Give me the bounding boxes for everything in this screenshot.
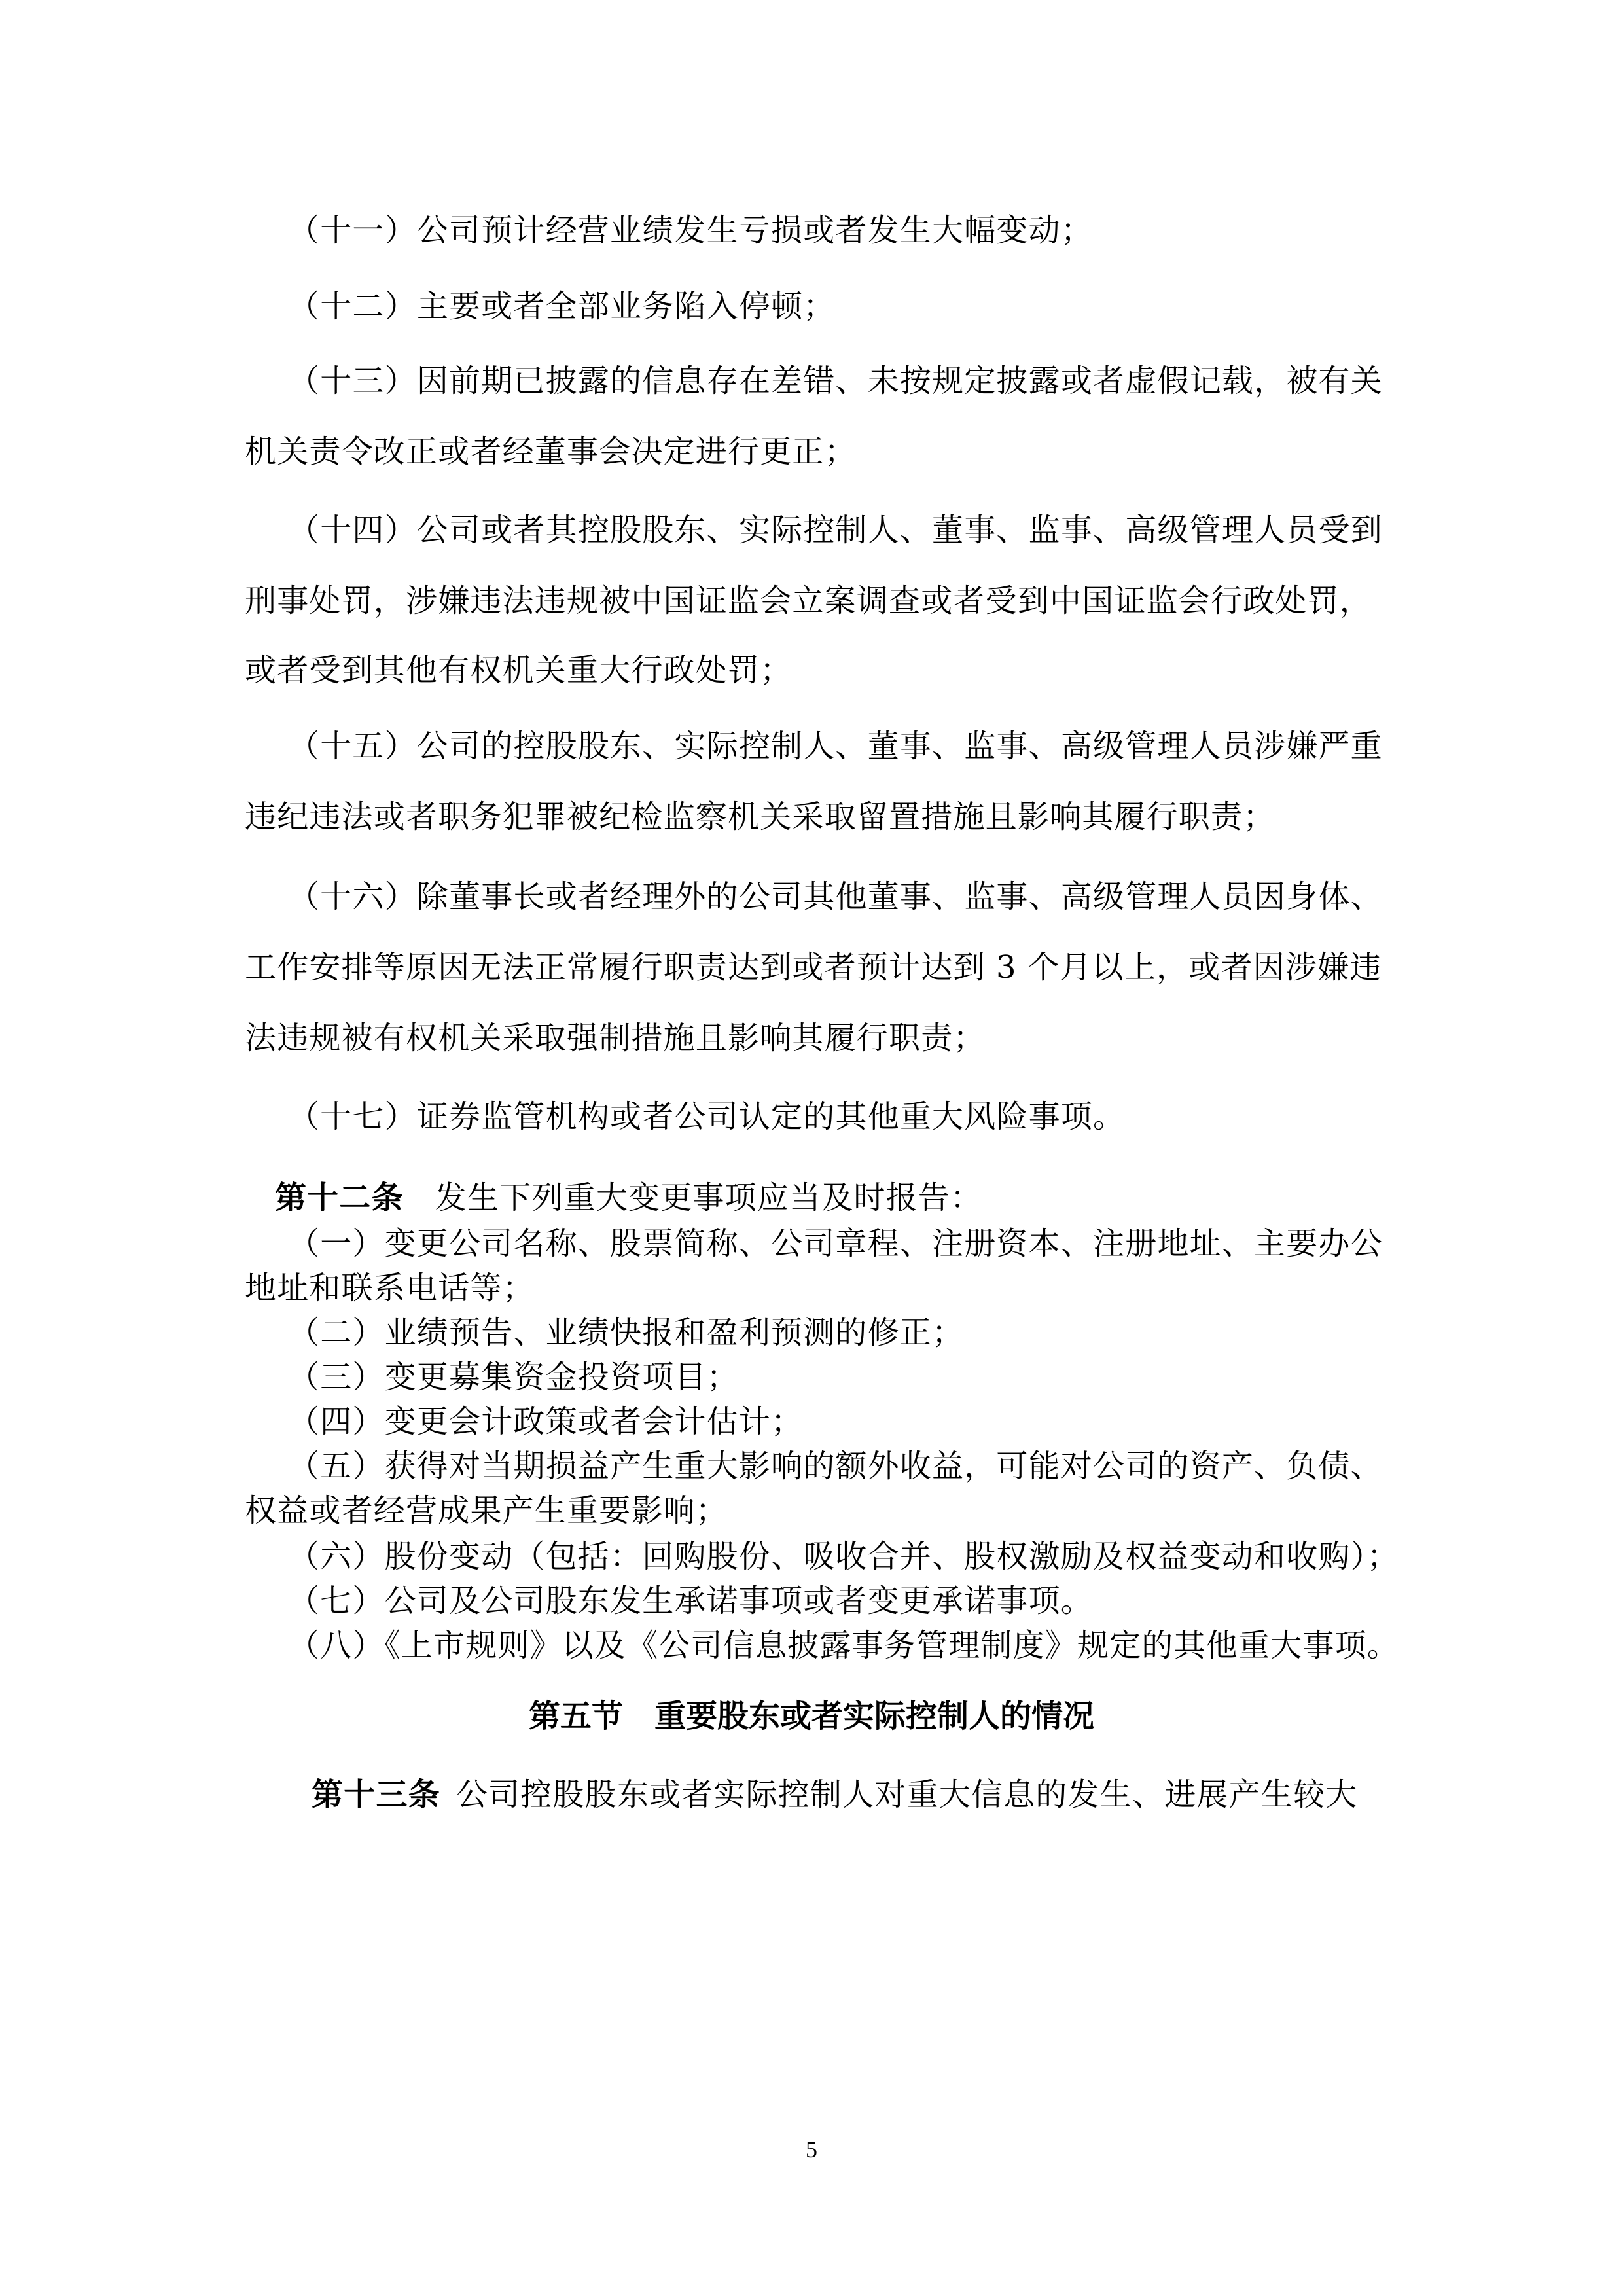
item-label: （二） — [288, 1314, 385, 1351]
item-text: 变更募集资金投资项目； — [385, 1359, 739, 1395]
article-12-item-3: （三）变更募集资金投资项目； — [288, 1357, 1427, 1397]
article-12-item-7: （七）公司及公司股东发生承诺事项或者变更承诺事项。 — [288, 1581, 1427, 1621]
item-text: 公司预计经营业绩发生亏损或者发生大幅变动； — [417, 212, 1093, 249]
article-13-title: 第十三条 — [312, 1776, 440, 1813]
item-text: 获得对当期损益产生重大影响的额外收益，可能对公司的资产、负债、 — [385, 1448, 1383, 1484]
item-text: 变更公司名称、股票简称、公司章程、注册资本、注册地址、主要办公 — [385, 1225, 1383, 1262]
item-label: （十四） — [288, 512, 417, 548]
item-text: 证券监管机构或者公司认定的其他重大风险事项。 — [417, 1098, 1125, 1135]
list-item-14: （十四）公司或者其控股股东、实际控制人、董事、监事、高级管理人员受到 — [288, 511, 1427, 550]
article-12-item-1-cont: 地址和联系电话等； — [245, 1268, 1383, 1308]
item-text: 公司或者其控股股东、实际控制人、董事、监事、高级管理人员受到 — [417, 512, 1383, 548]
article-12-item-5-cont: 权益或者经营成果产生重要影响； — [245, 1491, 1383, 1530]
item-text: 《上市规则》以及《公司信息披露事务管理制度》规定的其他重大事项。 — [385, 1627, 1399, 1664]
article-13: 第十三条公司控股股东或者实际控制人对重大信息的发生、进展产生较大 — [312, 1775, 1450, 1814]
list-item-17: （十七）证券监管机构或者公司认定的其他重大风险事项。 — [288, 1097, 1427, 1136]
page-number: 5 — [0, 2135, 1623, 2164]
item-label: （七） — [288, 1583, 385, 1619]
section-title: 重要股东或者实际控制人的情况 — [654, 1698, 1094, 1734]
item-label: （十七） — [288, 1098, 417, 1135]
list-item-13: （十三）因前期已披露的信息存在差错、未按规定披露或者虚假记载，被有关 — [288, 361, 1427, 401]
item-text: 主要或者全部业务陷入停顿； — [417, 288, 836, 325]
item-label: （四） — [288, 1403, 385, 1440]
list-item-16-cont-1: 工作安排等原因无法正常履行职责达到或者预计达到 3 个月以上，或者因涉嫌违 — [245, 948, 1383, 987]
item-label: （十三） — [288, 363, 417, 399]
list-item-16-cont-2: 法违规被有权机关采取强制措施且影响其履行职责； — [245, 1018, 1383, 1058]
item-text: 公司及公司股东发生承诺事项或者变更承诺事项。 — [385, 1583, 1093, 1619]
item-text: 变更会计政策或者会计估计； — [385, 1403, 804, 1440]
item-label: （五） — [288, 1448, 385, 1484]
article-12-item-8: （八）《上市规则》以及《公司信息披露事务管理制度》规定的其他重大事项。 — [288, 1626, 1427, 1665]
article-12-intro: 发生下列重大变更事项应当及时报告： — [435, 1179, 982, 1216]
list-item-15-cont: 违纪违法或者职务犯罪被纪检监察机关采取留置措施且影响其履行职责； — [245, 797, 1383, 836]
list-item-12: （十二）主要或者全部业务陷入停顿； — [288, 287, 1427, 326]
article-12-item-4: （四）变更会计政策或者会计估计； — [288, 1402, 1427, 1441]
item-label: （八） — [288, 1627, 385, 1664]
list-item-15: （十五）公司的控股股东、实际控制人、董事、监事、高级管理人员涉嫌严重 — [288, 726, 1427, 766]
list-item-13-cont: 机关责令改正或者经董事会决定进行更正； — [245, 432, 1383, 471]
list-item-11: （十一）公司预计经营业绩发生亏损或者发生大幅变动； — [288, 211, 1427, 250]
item-label: （一） — [288, 1225, 385, 1262]
item-label: （六） — [288, 1538, 385, 1575]
item-label: （十一） — [288, 212, 417, 249]
item-label: （十五） — [288, 728, 417, 764]
item-text: 因前期已披露的信息存在差错、未按规定披露或者虚假记载，被有关 — [417, 363, 1383, 399]
item-text: 股份变动（包括：回购股份、吸收合并、股权激励及权益变动和收购）； — [385, 1538, 1399, 1575]
section-number: 第五节 — [529, 1698, 623, 1734]
article-12-heading: 第十二条发生下列重大变更事项应当及时报告： — [275, 1178, 1414, 1217]
article-12-item-2: （二）业绩预告、业绩快报和盈利预测的修正； — [288, 1313, 1427, 1352]
item-label: （十六） — [288, 878, 417, 915]
article-13-text: 公司控股股东或者实际控制人对重大信息的发生、进展产生较大 — [456, 1776, 1358, 1813]
item-label: （三） — [288, 1359, 385, 1395]
section-5-heading: 第五节重要股东或者实际控制人的情况 — [0, 1696, 1623, 1736]
document-page: （十一）公司预计经营业绩发生亏损或者发生大幅变动； （十二）主要或者全部业务陷入… — [0, 0, 1623, 2296]
article-12-item-6: （六）股份变动（包括：回购股份、吸收合并、股权激励及权益变动和收购）； — [288, 1537, 1427, 1576]
article-12-title: 第十二条 — [275, 1179, 404, 1216]
article-12-item-5: （五）获得对当期损益产生重大影响的额外收益，可能对公司的资产、负债、 — [288, 1446, 1427, 1486]
item-text: 公司的控股股东、实际控制人、董事、监事、高级管理人员涉嫌严重 — [417, 728, 1383, 764]
item-text: 除董事长或者经理外的公司其他董事、监事、高级管理人员因身体、 — [417, 878, 1383, 915]
list-item-14-cont-1: 刑事处罚，涉嫌违法违规被中国证监会立案调查或者受到中国证监会行政处罚， — [245, 581, 1383, 620]
article-12-item-1: （一）变更公司名称、股票简称、公司章程、注册资本、注册地址、主要办公 — [288, 1224, 1427, 1263]
list-item-14-cont-2: 或者受到其他有权机关重大行政处罚； — [245, 651, 1383, 690]
list-item-16: （十六）除董事长或者经理外的公司其他董事、监事、高级管理人员因身体、 — [288, 877, 1427, 916]
item-label: （十二） — [288, 288, 417, 325]
item-text: 业绩预告、业绩快报和盈利预测的修正； — [385, 1314, 965, 1351]
